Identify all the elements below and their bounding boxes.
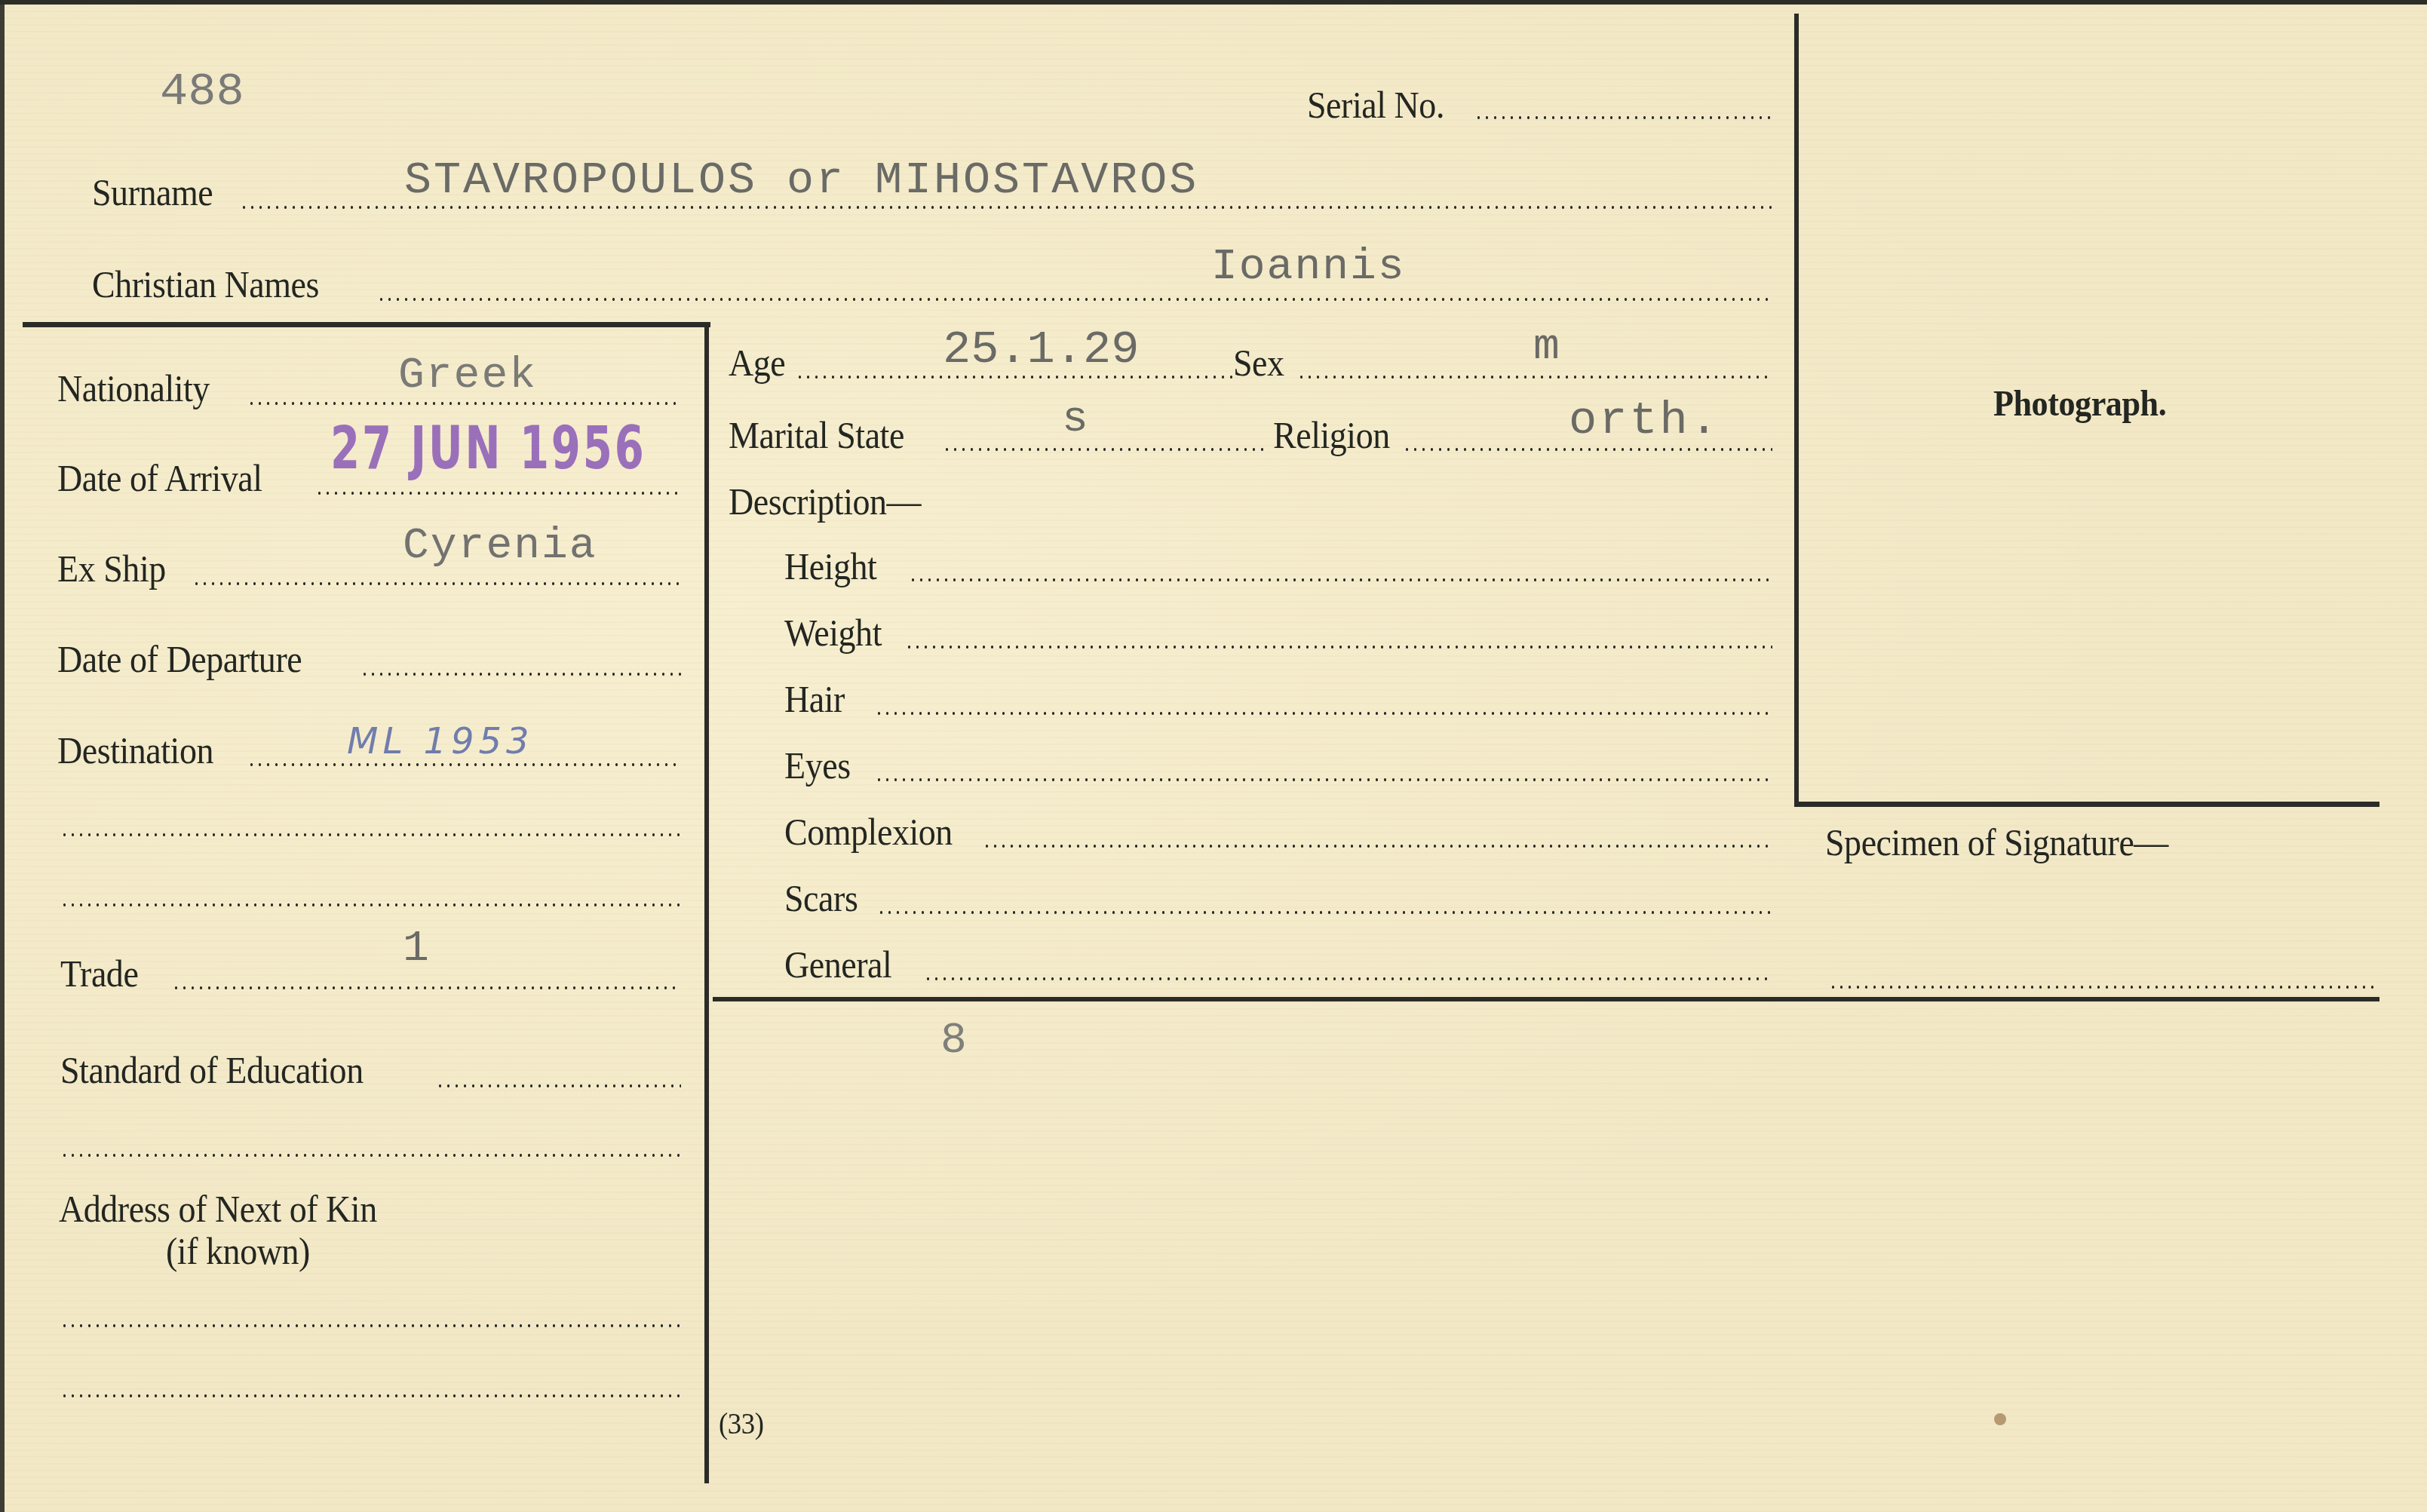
date-of-arrival-field[interactable] <box>315 492 681 495</box>
destination-label: Destination <box>57 728 213 772</box>
photo-box-left-border <box>1794 14 1799 805</box>
eyes-field[interactable] <box>875 778 1772 781</box>
scars-field[interactable] <box>877 911 1772 914</box>
surname-value: STAVROPOULOS or MIHOSTAVROS <box>404 155 1198 207</box>
religion-field[interactable] <box>1403 448 1772 451</box>
next-of-kin-sublabel: (if known) <box>166 1229 310 1273</box>
date-of-departure-field[interactable] <box>361 673 681 676</box>
trade-field[interactable] <box>172 986 681 989</box>
date-of-arrival-label: Date of Arrival <box>57 456 262 500</box>
left-panel-right-border <box>704 322 709 1483</box>
ex-ship-label: Ex Ship <box>57 547 166 590</box>
sex-label: Sex <box>1233 341 1284 385</box>
nationality-label: Nationality <box>57 366 210 410</box>
weight-field[interactable] <box>905 646 1772 649</box>
photo-box-bottom-border <box>1794 802 2379 807</box>
christian-names-value: Ioannis <box>1211 243 1406 292</box>
height-field[interactable] <box>909 578 1772 581</box>
next-of-kin-line-1[interactable] <box>60 1324 681 1327</box>
hair-label: Hair <box>784 677 845 721</box>
serial-no-field[interactable] <box>1474 116 1772 119</box>
immigration-record-card: 488 Serial No. Surname STAVROPOULOS or M… <box>0 0 2427 1512</box>
marital-state-field[interactable] <box>943 448 1269 451</box>
hair-field[interactable] <box>875 712 1772 715</box>
ex-ship-value: Cyrenia <box>403 522 597 571</box>
nationality-field[interactable] <box>247 402 681 405</box>
signature-label: Specimen of Signature— <box>1825 820 2168 864</box>
nationality-value: Greek <box>398 351 537 400</box>
religion-label: Religion <box>1273 413 1390 457</box>
trade-label: Trade <box>60 952 138 995</box>
date-of-departure-label: Date of Departure <box>57 637 302 681</box>
height-label: Height <box>784 544 876 588</box>
destination-value: ML 1953 <box>347 720 534 762</box>
standard-of-education-field[interactable] <box>436 1084 681 1087</box>
age-value: 25.1.29 <box>943 323 1139 376</box>
next-of-kin-label: Address of Next of Kin <box>59 1187 377 1231</box>
paper-stain <box>1994 1413 2006 1425</box>
complexion-label: Complexion <box>784 810 953 854</box>
general-label: General <box>784 943 891 986</box>
next-of-kin-line-2[interactable] <box>60 1394 681 1397</box>
age-label: Age <box>729 341 785 385</box>
sex-field[interactable] <box>1297 376 1772 379</box>
photograph-area[interactable] <box>1803 15 2379 799</box>
sex-value: m <box>1533 323 1561 372</box>
marital-state-value: s <box>1062 395 1090 444</box>
eyes-label: Eyes <box>784 744 851 787</box>
form-code: (33) <box>719 1406 763 1441</box>
trade-value: 1 <box>403 925 431 974</box>
standard-of-education-extra-line[interactable] <box>60 1154 681 1157</box>
description-heading: Description— <box>729 480 921 523</box>
card-number: 488 <box>160 65 244 118</box>
ex-ship-field[interactable] <box>192 582 681 585</box>
serial-no-label: Serial No. <box>1307 83 1444 127</box>
complexion-field[interactable] <box>983 845 1772 848</box>
standard-of-education-label: Standard of Education <box>60 1048 364 1092</box>
destination-extra-line-1[interactable] <box>60 833 681 836</box>
general-field[interactable] <box>924 977 1772 980</box>
weight-label: Weight <box>784 611 882 655</box>
signature-field[interactable] <box>1829 986 2379 989</box>
religion-value: orth. <box>1569 394 1720 447</box>
bottom-note-value: 8 <box>940 1017 968 1066</box>
scars-label: Scars <box>784 876 858 920</box>
christian-names-label: Christian Names <box>92 262 319 306</box>
description-bottom-border <box>713 997 2379 1001</box>
marital-state-label: Marital State <box>729 413 904 457</box>
date-of-arrival-stamp: 27 JUN 1956 <box>330 415 646 483</box>
christian-names-field[interactable] <box>377 298 1772 301</box>
destination-field[interactable] <box>247 763 681 766</box>
left-panel-top-border <box>23 322 710 327</box>
surname-label: Surname <box>92 170 213 214</box>
destination-extra-line-2[interactable] <box>60 903 681 906</box>
